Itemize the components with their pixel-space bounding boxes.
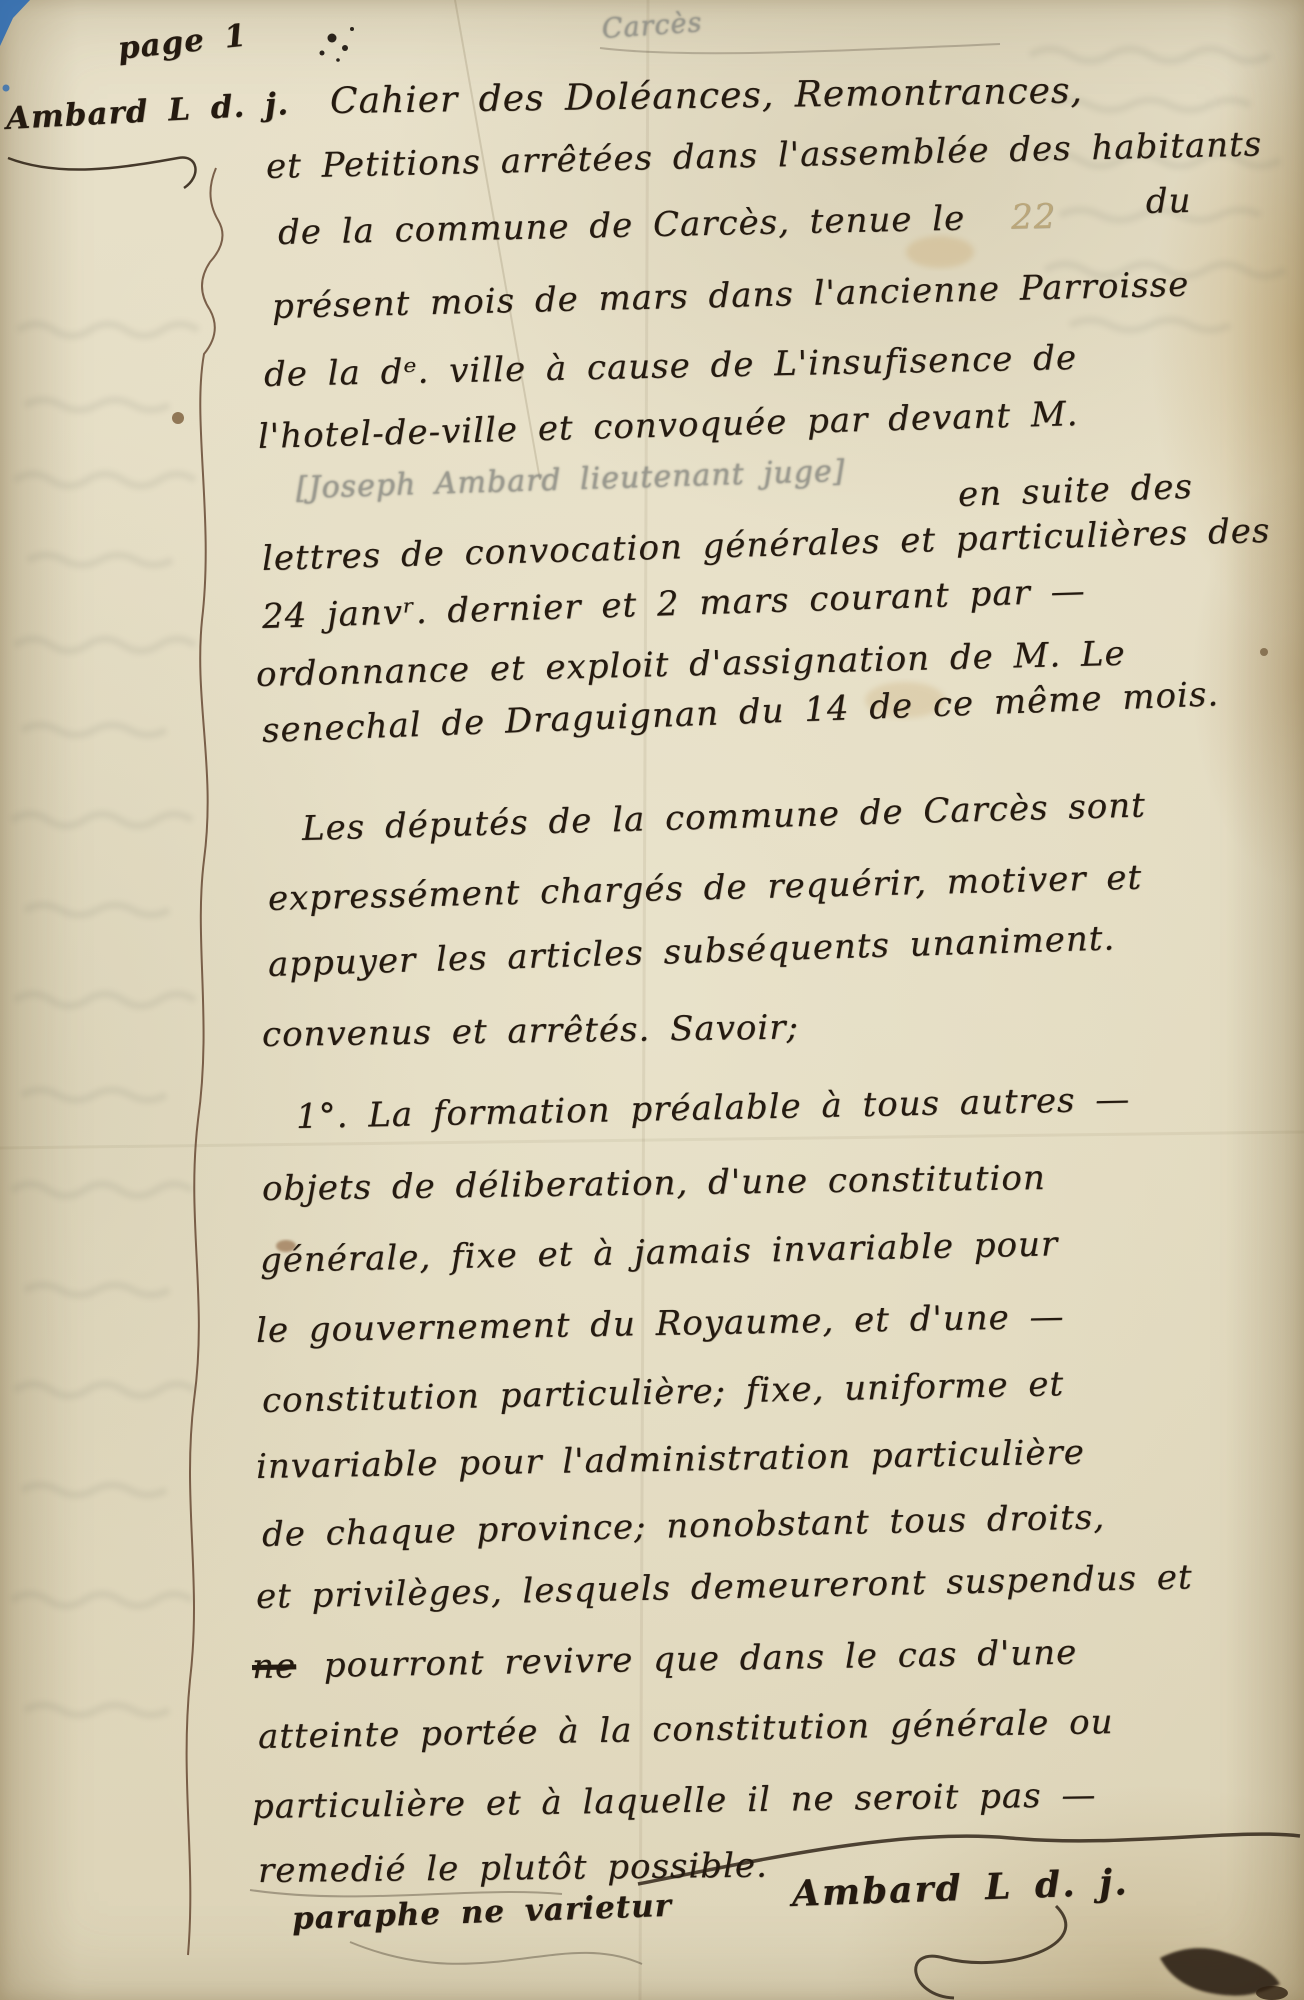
blue-corner-mark (0, 0, 30, 92)
page-number: page 1 (116, 21, 248, 65)
manuscript-line: appuyer les articles subséquents unanime… (267, 921, 1115, 982)
manuscript-line: Les députés de la commune de Carcès sont (302, 788, 1147, 846)
manuscript-line: et privilèges, lesquels demeureront susp… (256, 1560, 1193, 1614)
manuscript-line: et Petitions arrêtées dans l'assemblée d… (266, 127, 1263, 184)
manuscript-line: en suite des (957, 470, 1193, 512)
manuscript-line: remedié le plutôt possible. (258, 1849, 768, 1888)
manuscript-line: convenus et arrêtés. Savoir; (262, 1011, 799, 1052)
archive-label: Carcès (601, 9, 703, 43)
manuscript-line: lettres de convocation générales et part… (262, 514, 1271, 576)
manuscript-line: invariable pour l'administration particu… (256, 1436, 1085, 1484)
document-title: Cahier des Doléances, Remontrances, (330, 73, 1083, 120)
manuscript-line: particulière et à laquelle il ne seroit … (252, 1778, 1097, 1824)
ink-blot (320, 27, 355, 62)
line-text: pourront revivre que dans le cas d'une (323, 1633, 1077, 1686)
line-text: du (1145, 181, 1191, 222)
manuscript-line: constitution particulière; fixe, uniform… (262, 1367, 1065, 1418)
struck-word: ne (252, 1646, 297, 1687)
manuscript-page: Carcès page 1 Ambard L d. j. Cahier des … (0, 0, 1304, 2000)
manuscript-line: générale, fixe et à jamais invariable po… (260, 1227, 1059, 1278)
ink-blot-bottom (1160, 1948, 1288, 2000)
margin-signature: Ambard L d. j. (5, 89, 290, 135)
inserted-day: 22 (1011, 197, 1057, 238)
manuscript-line: de la commune de Carcès, tenue le 22 du (278, 197, 1192, 250)
manuscript-line: l'hotel-de-ville et convoquée par devant… (258, 397, 1079, 454)
closing-signature: Ambard L d. j. (791, 1864, 1129, 1912)
manuscript-line: 1°. La formation préalable à tous autres… (296, 1083, 1131, 1134)
margin-rule-line (187, 168, 223, 1955)
manuscript-line: 24 janvʳ. dernier et 2 mars courant par … (261, 574, 1086, 634)
line-text: de la commune de Carcès, tenue le (278, 199, 966, 253)
pencil-insertion: [Joseph Ambard lieutenant juge] (296, 457, 846, 504)
manuscript-line: de chaque province; nonobstant tous droi… (262, 1500, 1106, 1552)
manuscript-line: présent mois de mars dans l'ancienne Par… (272, 268, 1190, 324)
paraphe-note: paraphe ne varietur (291, 1891, 672, 1935)
manuscript-line: expressément chargés de requérir, motive… (268, 861, 1143, 916)
manuscript-line: ne pourront revivre que dans le cas d'un… (252, 1636, 1078, 1684)
manuscript-line: objets de déliberation, d'une constituti… (262, 1161, 1046, 1206)
manuscript-line: atteinte portée à la constitution généra… (258, 1705, 1114, 1754)
manuscript-line: de la dᵉ. ville à cause de L'insufisence… (264, 341, 1078, 392)
manuscript-line: le gouvernement du Royaume, et d'une — (256, 1300, 1065, 1348)
